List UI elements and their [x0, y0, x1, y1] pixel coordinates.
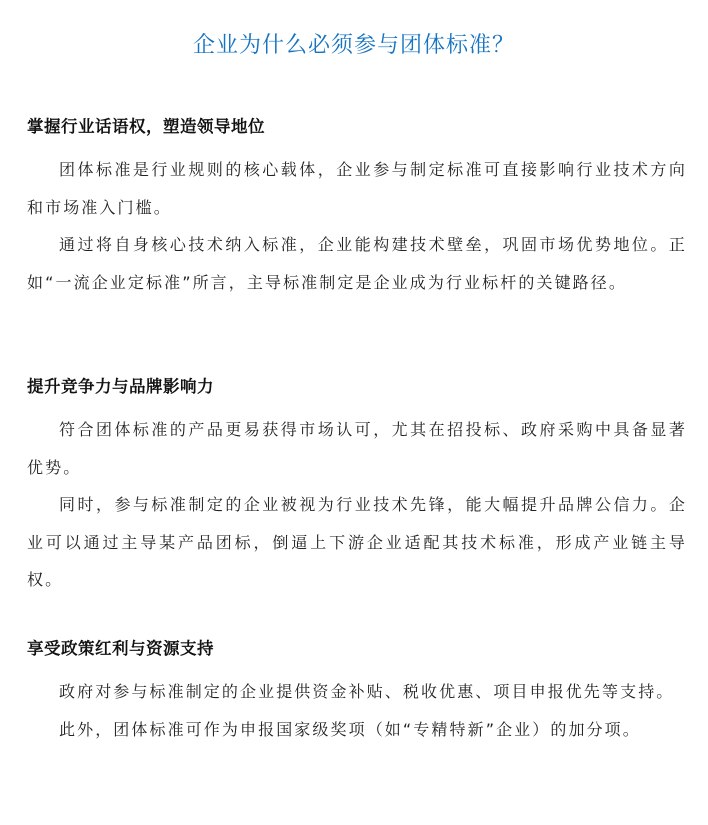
section-industry-voice: 掌握行业话语权，塑造领导地位 团体标准是行业规则的核心载体，企业参与制定标准可直…	[27, 115, 687, 301]
section-policy-support: 享受政策红利与资源支持 政府对参与标准制定的企业提供资金补贴、税收优惠、项目申报…	[27, 637, 687, 748]
paragraph: 政府对参与标准制定的企业提供资金补贴、税收优惠、项目申报优先等支持。	[27, 673, 687, 711]
section-heading: 掌握行业话语权，塑造领导地位	[27, 115, 687, 139]
section-heading: 享受政策红利与资源支持	[27, 637, 687, 661]
document-page: 企业为什么必须参与团体标准？ 掌握行业话语权，塑造领导地位 团体标准是行业规则的…	[0, 0, 708, 825]
paragraph: 团体标准是行业规则的核心载体，企业参与制定标准可直接影响行业技术方向和市场准入门…	[27, 151, 687, 226]
section-competitiveness: 提升竞争力与品牌影响力 符合团体标准的产品更易获得市场认可，尤其在招投标、政府采…	[27, 375, 687, 599]
section-heading: 提升竞争力与品牌影响力	[27, 375, 687, 399]
paragraph: 此外，团体标准可作为申报国家级奖项（如“专精特新”企业）的加分项。	[27, 711, 687, 749]
page-title: 企业为什么必须参与团体标准？	[0, 30, 708, 62]
paragraph: 同时，参与标准制定的企业被视为行业技术先锋，能大幅提升品牌公信力。企业可以通过主…	[27, 486, 687, 599]
paragraph: 符合团体标准的产品更易获得市场认可，尤其在招投标、政府采购中具备显著优势。	[27, 411, 687, 486]
paragraph: 通过将自身核心技术纳入标准，企业能构建技术壁垒，巩固市场优势地位。正如“一流企业…	[27, 226, 687, 301]
